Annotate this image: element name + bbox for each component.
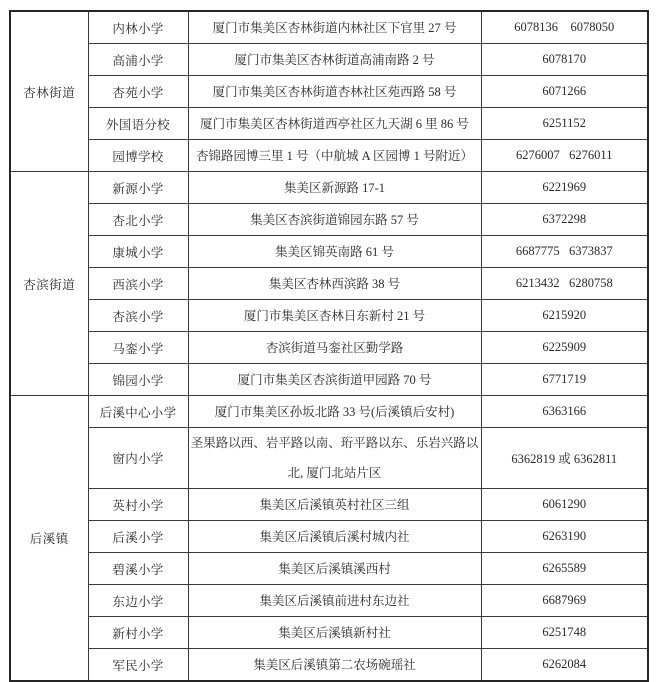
table-row: 杏滨街道新源小学集美区新源路 17-16221969 bbox=[10, 172, 648, 204]
table-row: 碧溪小学集美区后溪镇溪西村6265589 bbox=[10, 553, 648, 585]
table-row: 高浦小学厦门市集美区杏林街道高浦南路 2 号6078170 bbox=[10, 44, 648, 76]
school-name-cell: 后溪中心小学 bbox=[88, 396, 188, 428]
table-row: 杏林街道内林小学厦门市集美区杏林街道内林社区下官里 27 号6078136 60… bbox=[10, 11, 648, 44]
address-cell: 厦门市集美区杏林街道内林社区下官里 27 号 bbox=[188, 11, 481, 44]
phone-cell: 6251748 bbox=[481, 617, 648, 649]
phone-cell: 6061290 bbox=[481, 489, 648, 521]
address-cell: 厦门市集美区孙坂北路 33 号(后溪镇后安村) bbox=[188, 396, 481, 428]
address-cell: 厦门市集美区杏林街道高浦南路 2 号 bbox=[188, 44, 481, 76]
school-name-cell: 新村小学 bbox=[88, 617, 188, 649]
table-row: 外国语分校厦门市集美区杏林街道西亭社区九天湖 6 里 86 号6251152 bbox=[10, 108, 648, 140]
school-name-cell: 英村小学 bbox=[88, 489, 188, 521]
phone-cell: 6265589 bbox=[481, 553, 648, 585]
school-name-cell: 杏滨小学 bbox=[88, 300, 188, 332]
address-cell: 杏滨街道马銮社区勤学路 bbox=[188, 332, 481, 364]
district-cell: 杏滨街道 bbox=[10, 172, 88, 396]
school-name-cell: 外国语分校 bbox=[88, 108, 188, 140]
school-name-cell: 碧溪小学 bbox=[88, 553, 188, 585]
phone-cell: 6687969 bbox=[481, 585, 648, 617]
phone-cell: 6215920 bbox=[481, 300, 648, 332]
phone-cell: 6372298 bbox=[481, 204, 648, 236]
table-row: 窗内小学圣果路以西、岩平路以南、珩平路以东、乐岩兴路以北, 厦门北站片区6362… bbox=[10, 428, 648, 489]
phone-cell: 6078136 6078050 bbox=[481, 11, 648, 44]
phone-cell: 6276007 6276011 bbox=[481, 140, 648, 172]
school-name-cell: 杏苑小学 bbox=[88, 76, 188, 108]
table-row: 新村小学集美区后溪镇新村社6251748 bbox=[10, 617, 648, 649]
school-name-cell: 高浦小学 bbox=[88, 44, 188, 76]
address-cell: 集美区新源路 17-1 bbox=[188, 172, 481, 204]
address-cell: 集美区后溪镇第二农场碗瑶社 bbox=[188, 649, 481, 682]
address-cell: 厦门市集美区杏滨街道甲园路 70 号 bbox=[188, 364, 481, 396]
phone-cell: 6687775 6373837 bbox=[481, 236, 648, 268]
table-row: 东边小学集美区后溪镇前进村东边社6687969 bbox=[10, 585, 648, 617]
table-row: 康城小学集美区锦英南路 61 号6687775 6373837 bbox=[10, 236, 648, 268]
address-cell: 集美区后溪镇英村社区三组 bbox=[188, 489, 481, 521]
phone-cell: 6363166 bbox=[481, 396, 648, 428]
table-row: 后溪镇后溪中心小学厦门市集美区孙坂北路 33 号(后溪镇后安村)6363166 bbox=[10, 396, 648, 428]
school-name-cell: 军民小学 bbox=[88, 649, 188, 682]
address-cell: 厦门市集美区杏林日东新村 21 号 bbox=[188, 300, 481, 332]
table-row: 杏滨小学厦门市集美区杏林日东新村 21 号6215920 bbox=[10, 300, 648, 332]
phone-cell: 6225909 bbox=[481, 332, 648, 364]
school-name-cell: 马銮小学 bbox=[88, 332, 188, 364]
phone-cell: 6263190 bbox=[481, 521, 648, 553]
address-cell: 圣果路以西、岩平路以南、珩平路以东、乐岩兴路以北, 厦门北站片区 bbox=[188, 428, 481, 489]
phone-cell: 6771719 bbox=[481, 364, 648, 396]
table-row: 英村小学集美区后溪镇英村社区三组6061290 bbox=[10, 489, 648, 521]
phone-cell: 6071266 bbox=[481, 76, 648, 108]
address-cell: 集美区杏林西滨路 38 号 bbox=[188, 268, 481, 300]
address-cell: 集美区后溪镇溪西村 bbox=[188, 553, 481, 585]
school-name-cell: 窗内小学 bbox=[88, 428, 188, 489]
table-row: 锦园小学厦门市集美区杏滨街道甲园路 70 号6771719 bbox=[10, 364, 648, 396]
address-cell: 集美区后溪镇新村社 bbox=[188, 617, 481, 649]
address-cell: 厦门市集美区杏林街道杏林社区苑西路 58 号 bbox=[188, 76, 481, 108]
table-row: 园博学校杏锦路园博三里 1 号（中航城 A 区园博 1 号附近）6276007 … bbox=[10, 140, 648, 172]
table-row: 后溪小学集美区后溪镇后溪村城内社6263190 bbox=[10, 521, 648, 553]
phone-cell: 6262084 bbox=[481, 649, 648, 682]
phone-cell: 6251152 bbox=[481, 108, 648, 140]
school-name-cell: 新源小学 bbox=[88, 172, 188, 204]
district-cell: 杏林街道 bbox=[10, 11, 88, 172]
district-cell: 后溪镇 bbox=[10, 396, 88, 682]
school-name-cell: 东边小学 bbox=[88, 585, 188, 617]
table-row: 杏苑小学厦门市集美区杏林街道杏林社区苑西路 58 号6071266 bbox=[10, 76, 648, 108]
phone-cell: 6362819 或 6362811 bbox=[481, 428, 648, 489]
school-name-cell: 康城小学 bbox=[88, 236, 188, 268]
address-cell: 杏锦路园博三里 1 号（中航城 A 区园博 1 号附近） bbox=[188, 140, 481, 172]
address-cell: 厦门市集美区杏林街道西亭社区九天湖 6 里 86 号 bbox=[188, 108, 481, 140]
school-name-cell: 内林小学 bbox=[88, 11, 188, 44]
address-cell: 集美区杏滨街道锦园东路 57 号 bbox=[188, 204, 481, 236]
table-row: 杏北小学集美区杏滨街道锦园东路 57 号6372298 bbox=[10, 204, 648, 236]
school-name-cell: 杏北小学 bbox=[88, 204, 188, 236]
school-name-cell: 后溪小学 bbox=[88, 521, 188, 553]
table-row: 西滨小学集美区杏林西滨路 38 号6213432 6280758 bbox=[10, 268, 648, 300]
school-name-cell: 锦园小学 bbox=[88, 364, 188, 396]
table-body: 杏林街道内林小学厦门市集美区杏林街道内林社区下官里 27 号6078136 60… bbox=[10, 11, 648, 681]
school-contact-table: 杏林街道内林小学厦门市集美区杏林街道内林社区下官里 27 号6078136 60… bbox=[9, 10, 649, 682]
school-name-cell: 西滨小学 bbox=[88, 268, 188, 300]
school-name-cell: 园博学校 bbox=[88, 140, 188, 172]
address-cell: 集美区锦英南路 61 号 bbox=[188, 236, 481, 268]
phone-cell: 6221969 bbox=[481, 172, 648, 204]
address-cell: 集美区后溪镇前进村东边社 bbox=[188, 585, 481, 617]
table-row: 马銮小学杏滨街道马銮社区勤学路6225909 bbox=[10, 332, 648, 364]
table-row: 军民小学集美区后溪镇第二农场碗瑶社6262084 bbox=[10, 649, 648, 682]
phone-cell: 6213432 6280758 bbox=[481, 268, 648, 300]
address-cell: 集美区后溪镇后溪村城内社 bbox=[188, 521, 481, 553]
phone-cell: 6078170 bbox=[481, 44, 648, 76]
